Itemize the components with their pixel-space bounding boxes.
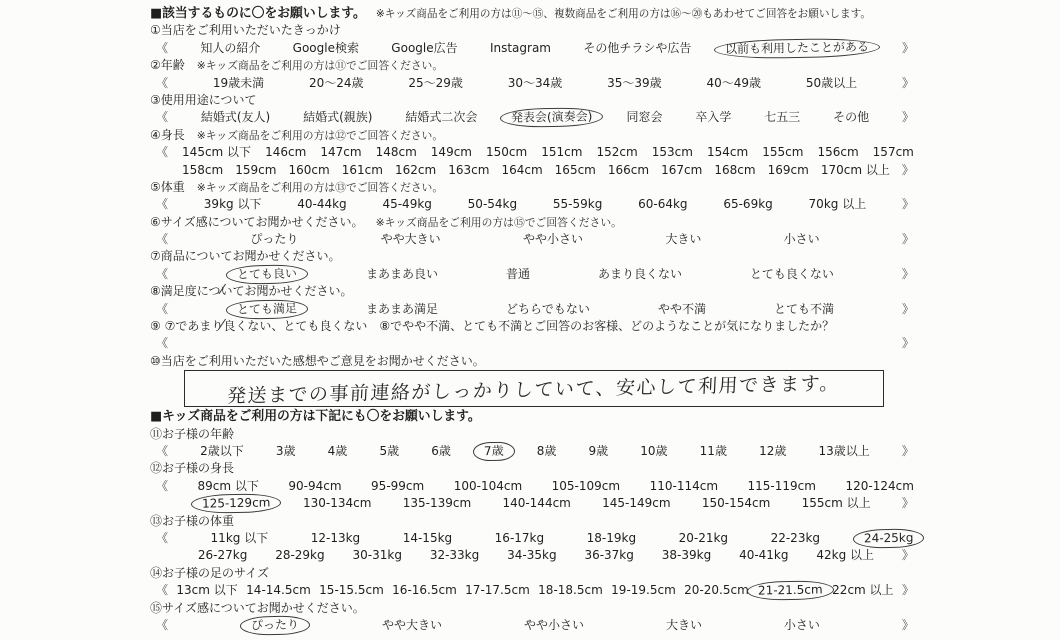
question-13-option-0-7: 24-25kg <box>863 529 914 548</box>
question-4-option-0-6: 151cm <box>541 144 582 161</box>
bracket-open: 《 <box>156 582 168 599</box>
question-8-option-0-2: どちらでもない <box>506 301 590 318</box>
question-11-option-0-3: 5歳 <box>379 443 399 460</box>
question-15-option-0-1: やや大きい <box>382 617 442 634</box>
question-14-option-0-2: 15-15.5cm <box>319 582 384 599</box>
bracket-open: 《 <box>156 231 168 248</box>
bracket-open: 《 <box>156 301 168 318</box>
question-14: ⑭お子様の足のサイズ《13cm 以下14-14.5cm15-15.5cm16-1… <box>150 565 914 600</box>
question-5: ⑤体重※キッズ商品をご利用の方は⑬でご回答ください。《39kg 以下40-44k… <box>150 179 914 214</box>
form-title: ■該当するものに〇をお願いします。 <box>150 5 366 22</box>
question-12-option-0-3: 100-104cm <box>454 478 522 495</box>
question-11-option-0-10: 12歳 <box>759 443 786 460</box>
question-14-label: ⑭お子様の足のサイズ <box>150 565 269 582</box>
question-1-option-0-5: 以前も利用したことがある <box>724 39 870 58</box>
question-7-option-0-3: あまり良くない <box>598 266 682 283</box>
question-1-option-0-4: その他チラシや広告 <box>583 40 691 57</box>
question-11-option-0-4: 6歳 <box>431 443 451 460</box>
question-6-label: ⑥サイズ感についてお聞かせください。 <box>150 214 364 231</box>
question-5-option-0-1: 40-44kg <box>297 196 346 213</box>
question-12-options-row-1: 《89cm 以下90-94cm95-99cm100-104cm105-109cm… <box>150 478 914 495</box>
option-label: 発表会(演奏会) <box>511 110 593 125</box>
question-14-label-row: ⑭お子様の足のサイズ <box>150 565 914 582</box>
question-12-option-1-5: 150-154cm <box>702 495 770 512</box>
comment-box: 発送までの事前連絡がしっかりしていて、安心して利用できます。 <box>184 370 884 407</box>
pen-circle-mark: 21-21.5cm <box>747 580 834 601</box>
bracket-close: 》 <box>902 443 914 460</box>
question-12-option-1-0: 125-129cm <box>201 494 271 513</box>
question-11-option-0-8: 10歳 <box>640 443 667 460</box>
question-6-option-0-3: 大きい <box>665 231 701 248</box>
question-4-option-0-7: 152cm <box>597 144 638 161</box>
question-11-option-0-11: 13歳以上 <box>818 443 869 460</box>
question-5-option-0-3: 50-54kg <box>468 196 517 213</box>
question-8: ⑧満足度についてお聞かせください。《とても満足まあまあ満足どちらでもないやや不満… <box>150 283 914 318</box>
bracket-close: 》 <box>902 301 914 318</box>
question-13-option-1-3: 32-33kg <box>430 547 479 564</box>
question-5-option-0-0: 39kg 以下 <box>204 196 262 213</box>
question-4-option-0-10: 155cm <box>762 144 803 161</box>
question-1-option-0-0: 知人の紹介 <box>200 40 260 57</box>
question-1-option-0-2: Google広告 <box>391 40 457 57</box>
question-1-options-row-1: 《知人の紹介Google検索Google広告Instagramその他チラシや広告… <box>150 40 914 57</box>
question-11-option-0-6: 8歳 <box>537 443 557 460</box>
question-1-option-0-3: Instagram <box>490 40 551 57</box>
question-8-options-row-1: 《とても満足まあまあ満足どちらでもないやや不満とても不満》 <box>150 301 914 318</box>
question-5-option-0-5: 60-64kg <box>638 196 687 213</box>
bracket-close: 》 <box>902 335 914 352</box>
question-4-option-1-11: 169cm <box>768 162 809 179</box>
option-label: ぴったり <box>251 617 299 632</box>
question-2-option-0-5: 40～49歳 <box>706 75 761 92</box>
question-4-option-0-11: 156cm <box>817 144 858 161</box>
question-4-option-1-2: 160cm <box>289 162 330 179</box>
question-8-option-0-1: まあまあ満足 <box>366 301 438 318</box>
question-2-option-0-2: 25～29歳 <box>408 75 463 92</box>
question-2-label-row: ②年齢※キッズ商品をご利用の方は⑪でご回答ください。 <box>150 57 914 74</box>
question-9: ⑨ ⑦であまり良くない、とても良くない ⑧でやや不満、とても不満とご回答のお客様… <box>150 318 914 353</box>
bracket-close: 》 <box>902 231 914 248</box>
question-9-options-row-1: 《》 <box>150 335 914 352</box>
bracket-close: 》 <box>902 495 914 512</box>
pen-circle-mark: 以前も利用したことがある <box>713 37 879 59</box>
pen-circle-mark: ぴったり <box>240 615 310 636</box>
question-13-option-1-4: 34-35kg <box>507 547 556 564</box>
question-4-label: ④身長 <box>150 127 185 144</box>
bracket-open: 《 <box>156 530 168 547</box>
question-4-option-1-12: 170cm 以上 <box>821 162 890 179</box>
question-11-label: ⑪お子様の年齢 <box>150 426 234 443</box>
question-5-options-row-1: 《39kg 以下40-44kg45-49kg50-54kg55-59kg60-6… <box>150 196 914 213</box>
option-label: とても満足 <box>237 301 297 316</box>
question-4-option-1-4: 162cm <box>395 162 436 179</box>
question-2-note: ※キッズ商品をご利用の方は⑪でご回答ください。 <box>197 57 443 74</box>
question-3-option-0-5: 卒入学 <box>695 109 731 126</box>
question-15-label-row: ⑮サイズ感についてお聞かせください。 <box>150 600 914 617</box>
question-4-option-1-7: 165cm <box>555 162 596 179</box>
question-3-label: ③使用用途について <box>150 92 257 109</box>
question-11-option-0-9: 11歳 <box>700 443 727 460</box>
question-11-option-0-5: 7歳 <box>483 442 505 461</box>
bracket-open: 《 <box>156 335 168 352</box>
question-2-label: ②年齢 <box>150 57 185 74</box>
question-3-option-0-7: その他 <box>833 109 869 126</box>
question-4-option-0-2: 147cm <box>320 144 361 161</box>
section-kids-questions: ⑪お子様の年齢《2歳以下3歳4歳5歳6歳7歳8歳9歳10歳11歳12歳13歳以上… <box>150 426 914 635</box>
bracket-close: 》 <box>902 266 914 283</box>
question-13: ⑬お子様の体重《11kg 以下12-13kg14-15kg16-17kg18-1… <box>150 513 914 565</box>
question-13-option-1-0: 26-27kg <box>198 547 247 564</box>
question-13-option-1-1: 28-29kg <box>275 547 324 564</box>
question-10-label-row: ⑩当店をご利用いただいた感想やご意見をお聞かせください。 <box>150 353 914 370</box>
question-11-label-row: ⑪お子様の年齢 <box>150 426 914 443</box>
question-13-option-0-3: 16-17kg <box>495 530 544 547</box>
bracket-open: 《 <box>156 75 168 92</box>
question-8-option-0-4: とても不満 <box>774 301 834 318</box>
bracket-close: 》 <box>902 109 914 126</box>
question-15-options-row-1: 《ぴったりやや大きいやや小さい大きい小さい》 <box>150 617 914 634</box>
form-title-note: ※キッズ商品をご利用の方は⑪～⑮、複数商品をご利用の方は⑯～⑳もあわせてご回答を… <box>376 6 871 23</box>
section-main-questions: ①当店をご利用いただいたきっかけ《知人の紹介Google検索Google広告In… <box>150 22 914 407</box>
question-7-option-0-4: とても良くない <box>750 266 834 283</box>
question-4-option-0-8: 153cm <box>652 144 693 161</box>
question-7-label: ⑦商品についてお聞かせください。 <box>150 248 341 265</box>
question-3: ③使用用途について《結婚式(友人)結婚式(親族)結婚式二次会発表会(演奏会)同窓… <box>150 92 914 127</box>
question-8-option-0-3: やや不満 <box>658 301 706 318</box>
question-12-label-row: ⑫お子様の身長 <box>150 460 914 477</box>
question-2: ②年齢※キッズ商品をご利用の方は⑪でご回答ください。《19歳未満20～24歳25… <box>150 57 914 92</box>
question-10-label: ⑩当店をご利用いただいた感想やご意見をお聞かせください。 <box>150 353 485 370</box>
question-6: ⑥サイズ感についてお聞かせください。※キッズ商品をご利用の方は⑮でご回答ください… <box>150 214 914 249</box>
question-4-option-1-5: 163cm <box>448 162 489 179</box>
question-11: ⑪お子様の年齢《2歳以下3歳4歳5歳6歳7歳8歳9歳10歳11歳12歳13歳以上… <box>150 426 914 461</box>
question-6-label-row: ⑥サイズ感についてお聞かせください。※キッズ商品をご利用の方は⑮でご回答ください… <box>150 214 914 231</box>
question-4-option-1-10: 168cm <box>714 162 755 179</box>
question-2-option-0-1: 20～24歳 <box>309 75 364 92</box>
bracket-close: 》 <box>902 582 914 599</box>
question-9-label: ⑨ ⑦であまり良くない、とても良くない ⑧でやや不満、とても不満とご回答のお客様… <box>150 318 834 335</box>
question-5-note: ※キッズ商品をご利用の方は⑬でご回答ください。 <box>197 179 443 196</box>
pen-circle-mark: 7歳 <box>473 442 515 462</box>
question-6-option-0-2: やや小さい <box>523 231 583 248</box>
question-1-label-row: ①当店をご利用いただいたきっかけ <box>150 22 914 39</box>
question-7-option-0-2: 普通 <box>506 266 530 283</box>
question-2-option-0-4: 35～39歳 <box>607 75 662 92</box>
question-13-label: ⑬お子様の体重 <box>150 513 234 530</box>
question-4-option-1-6: 164cm <box>501 162 542 179</box>
question-13-option-1-2: 30-31kg <box>353 547 402 564</box>
question-4-note: ※キッズ商品をご利用の方は⑫でご回答ください。 <box>197 127 443 144</box>
question-15-option-0-3: 大きい <box>666 617 702 634</box>
question-5-label-row: ⑤体重※キッズ商品をご利用の方は⑬でご回答ください。 <box>150 179 914 196</box>
bracket-close: 》 <box>902 547 914 564</box>
question-12-option-0-2: 95-99cm <box>371 478 424 495</box>
question-3-option-0-1: 結婚式(親族) <box>303 109 372 126</box>
question-1: ①当店をご利用いただいたきっかけ《知人の紹介Google検索Google広告In… <box>150 22 914 57</box>
question-4-option-0-5: 150cm <box>486 144 527 161</box>
question-4-option-0-3: 148cm <box>376 144 417 161</box>
question-12-option-1-4: 145-149cm <box>602 495 670 512</box>
question-4-options-row-2: 158cm159cm160cm161cm162cm163cm164cm165cm… <box>150 162 914 179</box>
question-4-option-0-9: 154cm <box>707 144 748 161</box>
question-6-options-row-1: 《ぴったりやや大きいやや小さい大きい小さい》 <box>150 231 914 248</box>
bracket-close: 》 <box>902 75 914 92</box>
question-8-option-0-0: とても満足 <box>236 300 298 319</box>
bracket-close: 》 <box>902 40 914 57</box>
question-5-option-0-4: 55-59kg <box>553 196 602 213</box>
question-6-option-0-1: やや大きい <box>381 231 441 248</box>
question-14-option-0-4: 17-17.5cm <box>465 582 530 599</box>
question-4-option-1-8: 166cm <box>608 162 649 179</box>
question-11-option-0-2: 4歳 <box>328 443 348 460</box>
question-12-option-1-3: 140-144cm <box>502 495 570 512</box>
question-3-options-row-1: 《結婚式(友人)結婚式(親族)結婚式二次会発表会(演奏会)同窓会卒入学七五三その… <box>150 109 914 126</box>
question-12-option-0-6: 115-119cm <box>748 478 816 495</box>
question-4-option-0-12: 157cm <box>873 144 914 161</box>
question-12-option-0-0: 89cm 以下 <box>198 478 259 495</box>
question-13-option-1-7: 40-41kg <box>739 547 788 564</box>
question-14-options-row-1: 《13cm 以下14-14.5cm15-15.5cm16-16.5cm17-17… <box>150 582 914 599</box>
question-2-option-0-6: 50歳以上 <box>806 75 857 92</box>
question-5-label: ⑤体重 <box>150 179 185 196</box>
question-3-label-row: ③使用用途について <box>150 92 914 109</box>
question-8-label-row: ⑧満足度についてお聞かせください。 <box>150 283 914 300</box>
question-7-option-0-1: まあまあ良い <box>366 266 438 283</box>
question-12-option-0-5: 110-114cm <box>650 478 718 495</box>
question-13-option-0-1: 12-13kg <box>311 530 360 547</box>
question-11-option-0-1: 3歳 <box>276 443 296 460</box>
question-12-option-0-1: 90-94cm <box>288 478 341 495</box>
handwritten-comment: 発送までの事前連絡がしっかりしていて、安心して利用できます。 <box>227 369 841 409</box>
question-14-option-0-6: 19-19.5cm <box>611 582 676 599</box>
question-4-option-1-3: 161cm <box>342 162 383 179</box>
question-5-option-0-2: 45-49kg <box>382 196 431 213</box>
question-13-option-1-8: 42kg 以上 <box>816 547 874 564</box>
question-7: ⑦商品についてお聞かせください。《とても良いまあまあ良い普通あまり良くないとても… <box>150 248 914 283</box>
question-2-option-0-0: 19歳未満 <box>213 75 264 92</box>
pen-circle-mark: とても満足 <box>226 299 308 320</box>
question-11-options-row-1: 《2歳以下3歳4歳5歳6歳7歳8歳9歳10歳11歳12歳13歳以上》 <box>150 443 914 460</box>
question-2-option-0-3: 30～34歳 <box>508 75 563 92</box>
option-label: 7歳 <box>484 444 504 458</box>
kids-section-title: ■キッズ商品をご利用の方は下記にも〇をお願いします。 <box>150 408 914 425</box>
question-14-option-0-1: 14-14.5cm <box>246 582 311 599</box>
question-13-option-0-0: 11kg 以下 <box>211 530 269 547</box>
question-4-options-row-1: 《145cm 以下146cm147cm148cm149cm150cm151cm1… <box>150 144 914 161</box>
question-3-option-0-0: 結婚式(友人) <box>201 109 270 126</box>
bracket-close: 》 <box>902 162 914 179</box>
question-13-label-row: ⑬お子様の体重 <box>150 513 914 530</box>
option-label: とても良い <box>237 266 297 281</box>
bracket-close: 》 <box>902 617 914 634</box>
question-14-option-0-5: 18-18.5cm <box>538 582 603 599</box>
question-4-option-1-9: 167cm <box>661 162 702 179</box>
question-14-option-0-0: 13cm 以下 <box>176 582 237 599</box>
question-1-option-0-1: Google検索 <box>293 40 359 57</box>
question-3-option-0-2: 結婚式二次会 <box>405 109 477 126</box>
question-11-option-0-0: 2歳以下 <box>200 443 244 460</box>
option-label: 以前も利用したことがある <box>725 40 869 57</box>
question-13-option-1-6: 38-39kg <box>662 547 711 564</box>
question-4: ④身長※キッズ商品をご利用の方は⑫でご回答ください。《145cm 以下146cm… <box>150 127 914 179</box>
option-label: 125-129cm <box>202 496 271 511</box>
question-11-option-0-7: 9歳 <box>589 443 609 460</box>
question-7-label-row: ⑦商品についてお聞かせください。 <box>150 248 914 265</box>
question-13-option-0-6: 22-23kg <box>771 530 820 547</box>
pen-circle-mark: 24-25kg <box>852 528 924 549</box>
question-15: ⑮サイズ感についてお聞かせください。《ぴったりやや大きいやや小さい大きい小さい》 <box>150 600 914 635</box>
bracket-open: 《 <box>156 617 168 634</box>
question-13-option-0-4: 18-19kg <box>587 530 636 547</box>
question-12-option-1-6: 155cm 以上 <box>802 495 871 512</box>
bracket-open: 《 <box>156 196 168 213</box>
question-4-label-row: ④身長※キッズ商品をご利用の方は⑫でご回答ください。 <box>150 127 914 144</box>
question-12: ⑫お子様の身長《89cm 以下90-94cm95-99cm100-104cm10… <box>150 460 914 512</box>
question-4-option-1-0: 158cm <box>182 162 223 179</box>
question-1-label: ①当店をご利用いただいたきっかけ <box>150 22 341 39</box>
question-4-option-0-0: 145cm 以下 <box>182 144 251 161</box>
survey-form-scan: ■該当するものに〇をお願いします。 ※キッズ商品をご利用の方は⑪～⑮、複数商品を… <box>0 0 1060 640</box>
bracket-open: 《 <box>156 478 168 495</box>
question-12-options-row-2: 125-129cm130-134cm135-139cm140-144cm145-… <box>150 495 914 512</box>
question-15-option-0-0: ぴったり <box>250 616 300 635</box>
question-5-option-0-7: 70kg 以上 <box>809 196 867 213</box>
question-3-option-0-6: 七五三 <box>764 109 800 126</box>
question-14-option-0-8: 21-21.5cm <box>757 581 824 600</box>
question-6-option-0-0: ぴったり <box>250 231 298 248</box>
question-3-option-0-3: 発表会(演奏会) <box>510 108 593 127</box>
bracket-open: 《 <box>156 144 168 161</box>
question-14-option-0-3: 16-16.5cm <box>392 582 457 599</box>
question-13-option-0-5: 20-21kg <box>679 530 728 547</box>
question-14-option-0-7: 20-20.5cm <box>684 582 749 599</box>
main-section-header: ■該当するものに〇をお願いします。 ※キッズ商品をご利用の方は⑪～⑮、複数商品を… <box>150 5 914 22</box>
bracket-open: 《 <box>156 266 168 283</box>
bracket-open: 《 <box>156 109 168 126</box>
bracket-open: 《 <box>156 40 168 57</box>
question-6-option-0-4: 小さい <box>784 231 820 248</box>
question-13-option-0-2: 14-15kg <box>403 530 452 547</box>
question-12-option-1-1: 130-134cm <box>303 495 371 512</box>
option-label: 21-21.5cm <box>758 583 823 598</box>
question-13-options-row-1: 《11kg 以下12-13kg14-15kg16-17kg18-19kg20-2… <box>150 530 914 547</box>
question-4-option-1-1: 159cm <box>235 162 276 179</box>
question-5-option-0-6: 65-69kg <box>723 196 772 213</box>
question-12-option-1-2: 135-139cm <box>403 495 471 512</box>
question-7-option-0-0: とても良い <box>236 265 298 284</box>
bracket-open: 《 <box>156 443 168 460</box>
question-15-label: ⑮サイズ感についてお聞かせください。 <box>150 600 365 617</box>
pen-circle-mark: とても良い <box>226 264 308 285</box>
question-2-options-row-1: 《19歳未満20～24歳25～29歳30～34歳35～39歳40～49歳50歳以… <box>150 75 914 92</box>
option-label: 24-25kg <box>863 531 913 546</box>
question-10: ⑩当店をご利用いただいた感想やご意見をお聞かせください。発送までの事前連絡がしっ… <box>150 353 914 407</box>
question-12-option-0-7: 120-124cm <box>845 478 913 495</box>
question-4-option-0-4: 149cm <box>431 144 472 161</box>
question-14-option-0-9: 22cm 以上 <box>832 582 893 599</box>
question-13-option-1-5: 36-37kg <box>584 547 633 564</box>
question-9-label-row: ⑨ ⑦であまり良くない、とても良くない ⑧でやや不満、とても不満とご回答のお客様… <box>150 318 914 335</box>
question-12-option-0-4: 105-109cm <box>552 478 620 495</box>
question-6-note: ※キッズ商品をご利用の方は⑮でご回答ください。 <box>376 214 622 231</box>
bracket-close: 》 <box>902 196 914 213</box>
question-12-label: ⑫お子様の身長 <box>150 460 234 477</box>
pen-circle-mark: 発表会(演奏会) <box>500 107 604 128</box>
question-13-options-row-2: 26-27kg28-29kg30-31kg32-33kg34-35kg36-37… <box>150 547 914 564</box>
question-7-options-row-1: 《とても良いまあまあ良い普通あまり良くないとても良くない》 <box>150 266 914 283</box>
question-15-option-0-2: やや小さい <box>524 617 584 634</box>
question-8-label: ⑧満足度についてお聞かせください。 <box>150 283 353 300</box>
question-15-option-0-4: 小さい <box>784 617 820 634</box>
question-3-option-0-4: 同窓会 <box>626 109 662 126</box>
question-4-option-0-1: 146cm <box>265 144 306 161</box>
pen-circle-mark: 125-129cm <box>191 493 282 514</box>
